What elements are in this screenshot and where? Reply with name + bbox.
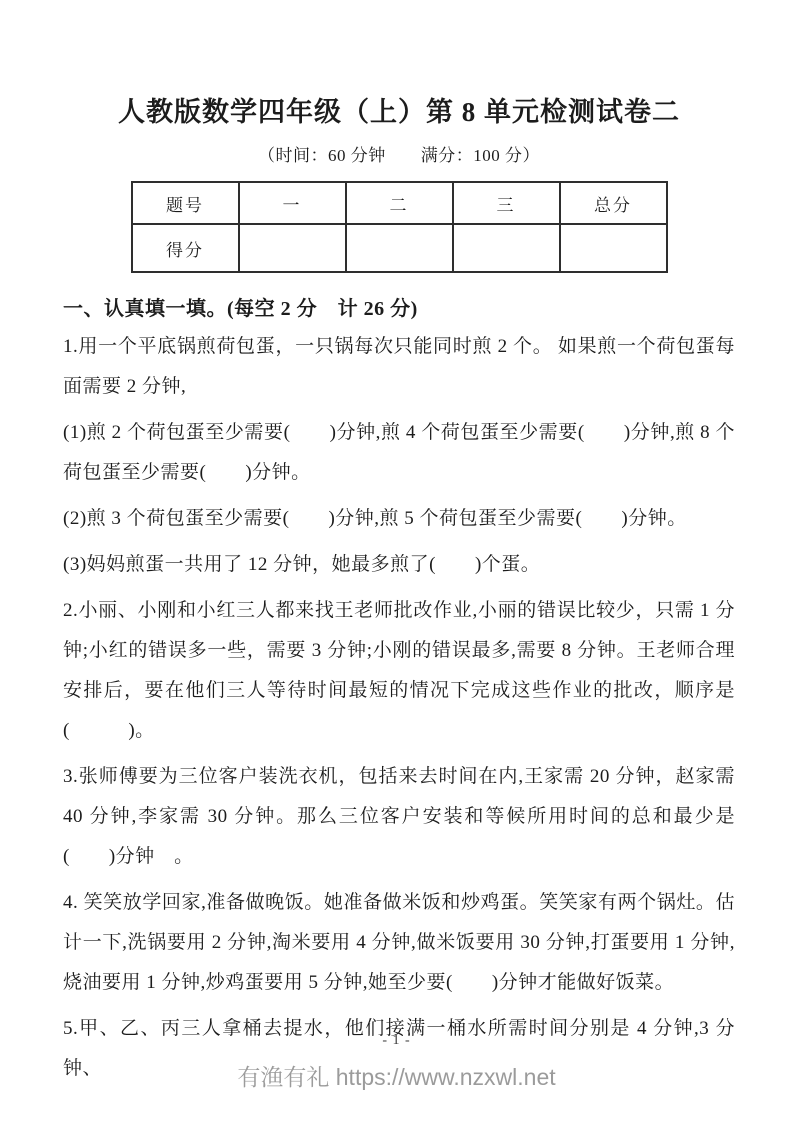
page-title: 人教版数学四年级（上）第 8 单元检测试卷二 xyxy=(63,96,735,128)
exam-meta: （时间：60 分钟 满分：100 分） xyxy=(63,141,735,166)
score-table-score-row: 得分 xyxy=(132,224,667,272)
question-4: 4. 笑笑放学回家,准备做晚饭。她准备做米饭和炒鸡蛋。笑笑家有两个锅灶。估计一下… xyxy=(63,883,735,1003)
test-paper-page: 人教版数学四年级（上）第 8 单元检测试卷二 （时间：60 分钟 满分：100 … xyxy=(0,0,793,1122)
footer-watermark: 有渔有礼 https://www.nzxwl.net xyxy=(0,1059,793,1092)
question-list: 1.用一个平底锅煎荷包蛋，一只锅每次只能同时煎 2 个。 如果煎一个荷包蛋每面需… xyxy=(63,327,735,1089)
score-table-header-row: 题号 一 二 三 总分 xyxy=(132,182,667,224)
score-table-header-cell: 三 xyxy=(453,182,560,224)
section-one-heading: 一、认真填一填。(每空 2 分 计 26 分) xyxy=(63,292,735,321)
score-row-label: 得分 xyxy=(132,224,239,272)
question-1-intro: 1.用一个平底锅煎荷包蛋，一只锅每次只能同时煎 2 个。 如果煎一个荷包蛋每面需… xyxy=(63,327,735,407)
question-3: 3.张师傅要为三位客户装洗衣机，包括来去时间在内,王家需 20 分钟，赵家需 4… xyxy=(63,757,735,877)
score-cell-empty xyxy=(346,224,453,272)
score-table-header-cell: 题号 xyxy=(132,182,239,224)
score-table-header-cell: 二 xyxy=(346,182,453,224)
question-1-sub-3: (3)妈妈煎蛋一共用了 12 分钟，她最多煎了( )个蛋。 xyxy=(63,545,735,585)
score-cell-empty xyxy=(560,224,667,272)
question-1-sub-1: (1)煎 2 个荷包蛋至少需要( )分钟,煎 4 个荷包蛋至少需要( )分钟,煎… xyxy=(63,413,735,493)
score-cell-empty xyxy=(239,224,346,272)
score-table-header-cell: 一 xyxy=(239,182,346,224)
question-2: 2.小丽、小刚和小红三人都来找王老师批改作业,小丽的错误比较少，只需 1 分钟;… xyxy=(63,591,735,751)
page-number: - 1 - xyxy=(0,1033,793,1049)
score-table-header-cell: 总分 xyxy=(560,182,667,224)
score-table: 题号 一 二 三 总分 得分 xyxy=(131,181,668,273)
score-cell-empty xyxy=(453,224,560,272)
question-1-sub-2: (2)煎 3 个荷包蛋至少需要( )分钟,煎 5 个荷包蛋至少需要( )分钟。 xyxy=(63,499,735,539)
